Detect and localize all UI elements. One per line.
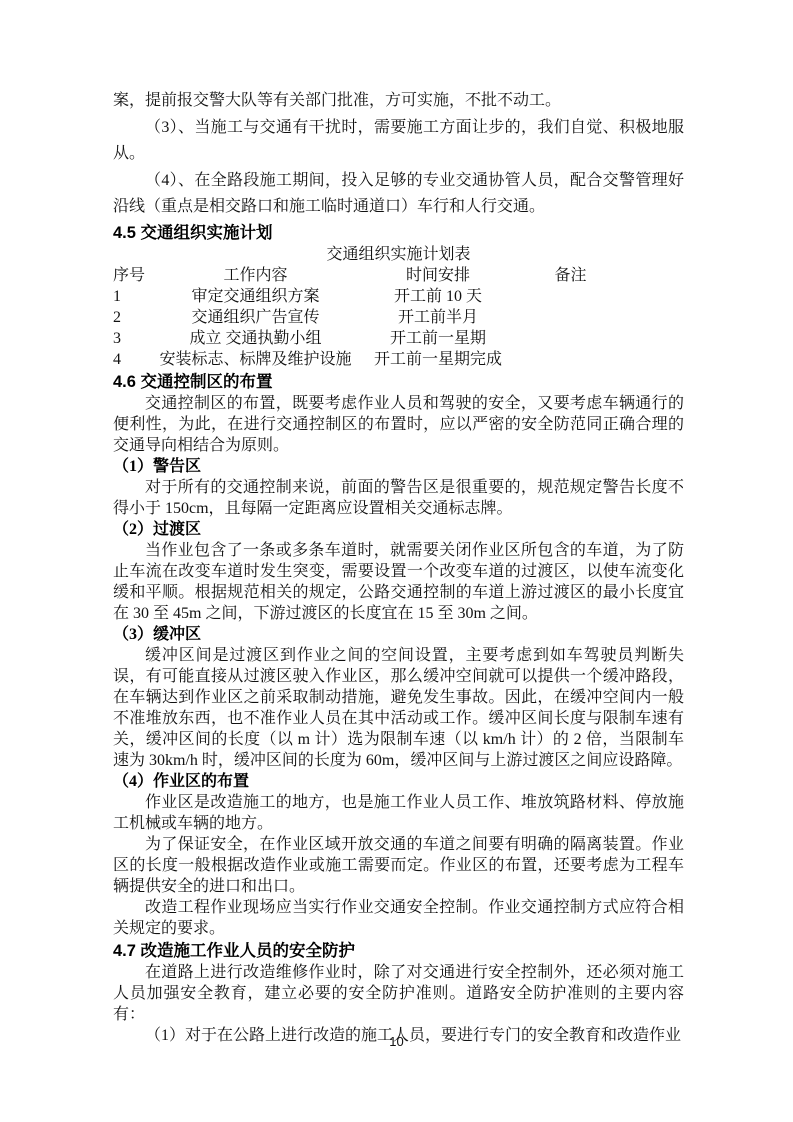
cell-time: 开工前半月 (353, 307, 523, 328)
cell-note (523, 328, 618, 349)
header-cell-seq: 序号 (113, 265, 158, 286)
document-page: 案，提前报交警大队等有关部门批准，方可实施，不批不动工。 （3）、当施工与交通有… (0, 0, 793, 1122)
cell-seq: 3 (113, 328, 158, 349)
cell-seq: 2 (113, 307, 158, 328)
section-4-6-heading: 4.6 交通控制区的布置 (113, 372, 684, 393)
intro-paragraph-item-4: （4）、在全路段施工期间，投入足够的专业交通协管人员，配合交警管理好沿线（重点是… (113, 168, 684, 221)
document-body: 案，提前报交警大队等有关部门批准，方可实施，不批不动工。 （3）、当施工与交通有… (113, 88, 684, 1046)
cell-note (523, 349, 618, 370)
subsection-4-paragraph-3: 改造工程作业现场应当实行作业交通安全控制。作业交通控制方式应符合相关规定的要求。 (113, 897, 684, 939)
header-cell-note: 备注 (523, 265, 618, 286)
cell-seq: 1 (113, 286, 158, 307)
subsection-2-transition-zone-heading: （2）过渡区 (113, 519, 684, 540)
cell-work: 成立 交通执勤小组 (158, 328, 353, 349)
cell-work: 审定交通组织方案 (158, 286, 353, 307)
intro-paragraph-continuation: 案，提前报交警大队等有关部门批准，方可实施，不批不动工。 (113, 88, 684, 115)
subsection-1-warning-zone-heading: （1）警告区 (113, 456, 684, 477)
subsection-4-paragraph-1: 作业区是改造施工的地方，也是施工作业人员工作、堆放筑路材料、停放施工机械或车辆的… (113, 792, 684, 834)
subsection-4-paragraph-2: 为了保证安全，在作业区域开放交通的车道之间要有明确的隔离装置。作业区的长度一般根… (113, 834, 684, 897)
cell-time: 开工前一星期 (353, 328, 523, 349)
cell-seq: 4 (113, 349, 158, 370)
table-caption: 交通组织实施计划表 (113, 244, 684, 265)
header-cell-pad (618, 265, 684, 286)
cell-work: 交通组织广告宣传 (158, 307, 353, 328)
intro-paragraph-item-3: （3）、当施工与交通有干扰时，需要施工方面让步的，我们自觉、积极地服从。 (113, 115, 684, 168)
table-row: 3 成立 交通执勤小组 开工前一星期 (113, 328, 684, 349)
cell-time: 开工前一星期完成 (353, 349, 523, 370)
table-header-row: 序号 工作内容 时间安排 备注 (113, 265, 684, 286)
subsection-2-paragraph: 当作业包含了一条或多条车道时，就需要关闭作业区所包含的车道，为了防止车流在改变车… (113, 540, 684, 624)
cell-note (523, 286, 618, 307)
traffic-plan-table: 序号 工作内容 时间安排 备注 1 审定交通组织方案 开工前 10 天 2 (113, 265, 684, 370)
section-4-6-intro: 交通控制区的布置，既要考虑作业人员和驾驶的安全，又要考虑车辆通行的便利性，为此，… (113, 393, 684, 456)
cell-work: 安装标志、标牌及维护设施 (158, 349, 353, 370)
table-row: 1 审定交通组织方案 开工前 10 天 (113, 286, 684, 307)
cell-time: 开工前 10 天 (353, 286, 523, 307)
table-row: 4 安装标志、标牌及维护设施 开工前一星期完成 (113, 349, 684, 370)
subsection-3-buffer-zone-heading: （3）缓冲区 (113, 624, 684, 645)
header-cell-work: 工作内容 (158, 265, 353, 286)
section-4-7-paragraph-1: 在道路上进行改造维修作业时，除了对交通进行安全控制外，还必须对施工人员加强安全教… (113, 962, 684, 1025)
page-number: 10 (0, 1034, 793, 1049)
header-cell-time: 时间安排 (353, 265, 523, 286)
subsection-3-paragraph: 缓冲区间是过渡区到作业之间的空间设置，主要考虑到如车驾驶员判断失误，有可能直接从… (113, 645, 684, 771)
section-4-5-heading: 4.5 交通组织实施计划 (113, 223, 684, 244)
subsection-4-work-zone-heading: （4）作业区的布置 (113, 771, 684, 792)
section-4-7-heading: 4.7 改造施工作业人员的安全防护 (113, 941, 684, 962)
cell-note (523, 307, 618, 328)
subsection-1-paragraph: 对于所有的交通控制来说，前面的警告区是很重要的，规范规定警告长度不得小于 150… (113, 477, 684, 519)
table-row: 2 交通组织广告宣传 开工前半月 (113, 307, 684, 328)
